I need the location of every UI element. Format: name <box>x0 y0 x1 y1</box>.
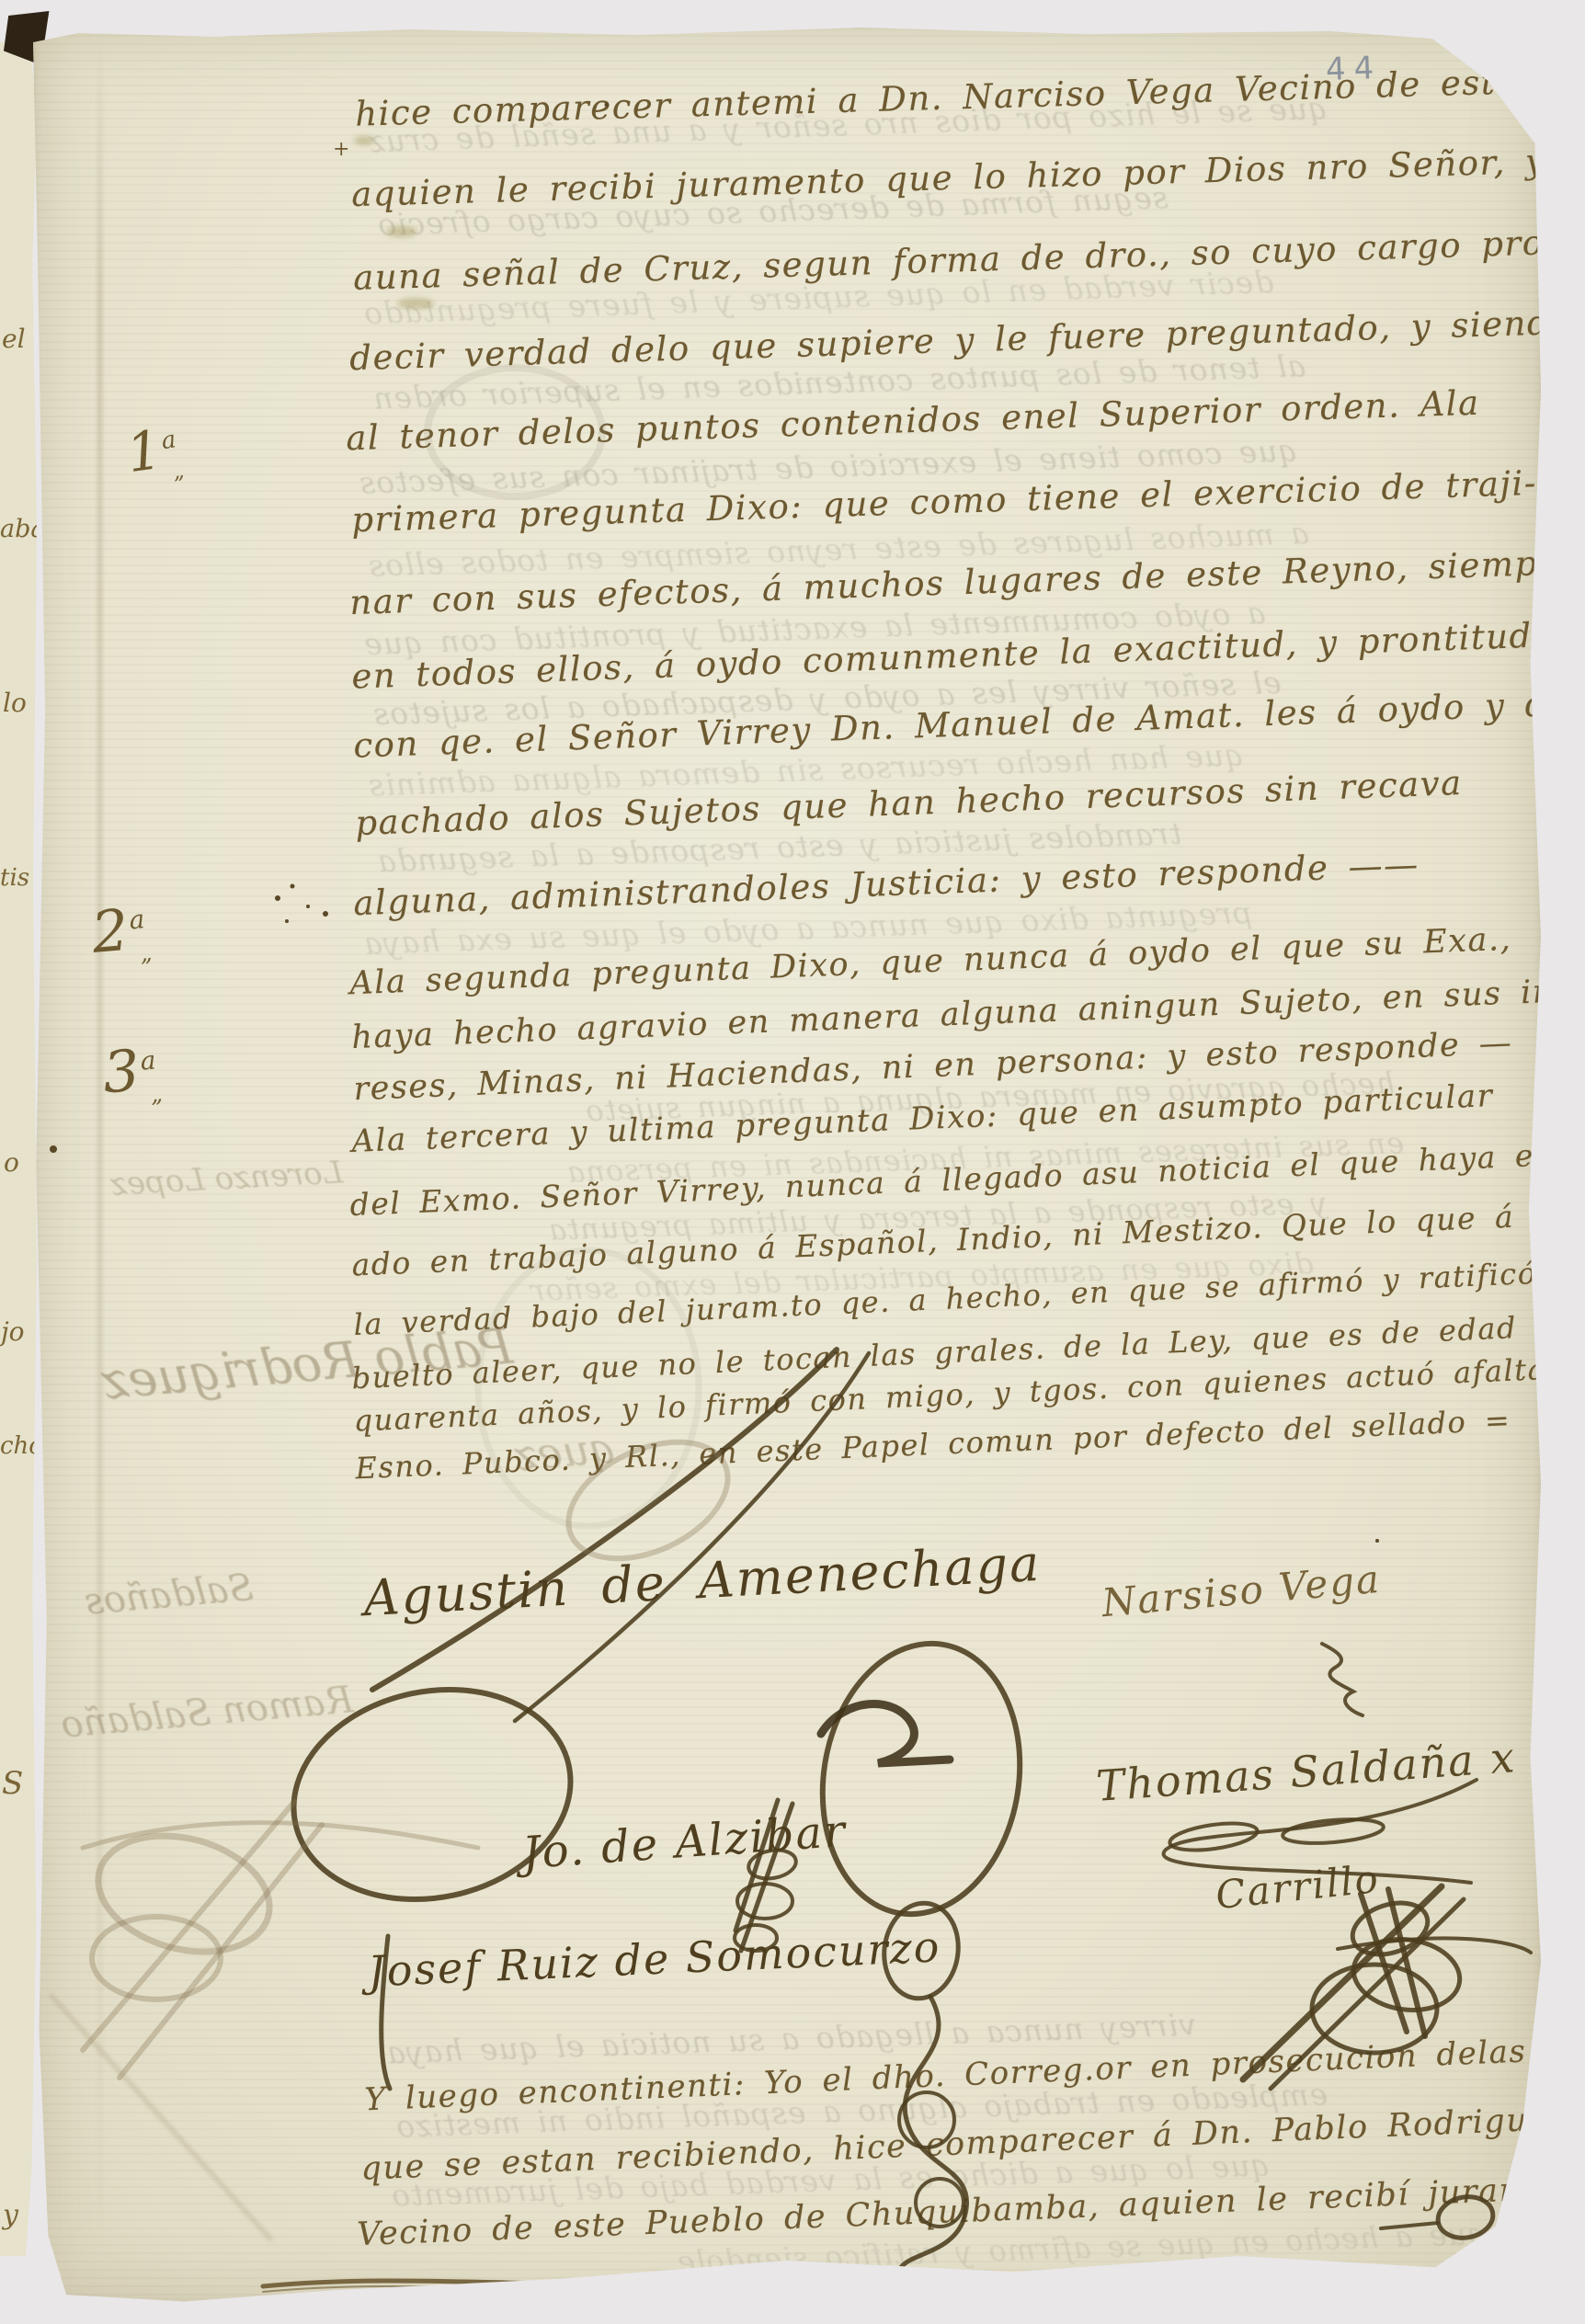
scanned-manuscript-page: el aba lo tis o jo cho S y que se le hiz… <box>0 0 1585 2324</box>
gutter-text-fragment: o <box>4 1147 19 1178</box>
gutter-text-fragment: y <box>3 2199 18 2231</box>
bleedthrough-flourishes <box>83 368 747 2078</box>
gutter-text-fragment: tis <box>0 864 29 892</box>
previous-page-sliver: el aba lo tis o jo cho S y <box>0 42 37 2256</box>
gutter-text-fragment: lo <box>3 688 27 718</box>
manuscript-paper: que se le hizo por dios nro señor y a un… <box>33 26 1541 2304</box>
gutter-text-fragment: jo <box>1 1316 25 1347</box>
rubric-flourishes <box>33 26 1541 2304</box>
gutter-text-fragment: el <box>2 324 26 354</box>
gutter-text-fragment: aba <box>0 515 37 543</box>
gutter-text-fragment: cho <box>0 1432 37 1460</box>
ink-specks <box>50 103 1379 1544</box>
gutter-text-fragment: S <box>2 1765 23 1802</box>
